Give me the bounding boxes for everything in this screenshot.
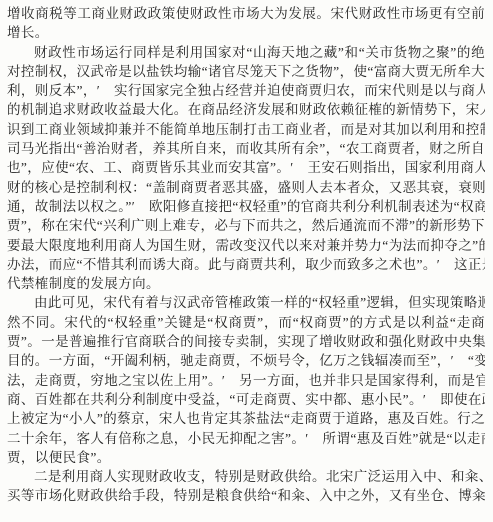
text-line: 增长。 [7,23,485,42]
text-line: 然不同。宋代的“权轻重”关键是“权商贾”，而“权商贾”的方式是以利益“走商 [7,313,485,332]
text-line: 贾”。一是普遍推行官商联合的间接专卖制，实现了增收财政和强化财政中央集权的 [7,332,485,351]
text-line: 代禁榷制度的发展方向。 [7,274,485,293]
text-line: 贾，以便民食”。 [7,448,485,467]
text-line: 上被定为“小人”的蔡京，宋人也肯定其茶盐法“走商贾于道路，惠及百姓。行之 [7,409,485,428]
text-line: 商、百姓都在共利分利制度中受益，“可走商贾、实中都、惠小民”。′ 即使在政治 [7,390,485,409]
text-line: 也”，应使“农、工、商贾皆乐其业而安其富”。′ 王安石则指出，国家利用商人生 [7,158,485,177]
text-line: 买等市场化财政供给手段，特别是粮食供给“和籴、入中之外，又有坐仓、博籴、 [7,486,485,505]
text-line: 通，故制法以权之。”′ 欧阳修直接把“权轻重”的官商共利分利机制表述为“权商 [7,197,485,216]
text-line: 二十余年，客人有倍称之息，小民无抑配之害”。′ 所谓“惠及百姓”就是“以走商 [7,429,485,448]
text-line: 的机制追求财政收益最大化。在商品经济发展和财政依赖征榷的新情势下，宋人认 [7,100,485,119]
text-line: 要最大限度地利用商人为国生财，需改变汉代以来对兼并势力“为法而抑夺之”的 [7,236,485,255]
text-line: 办法，而应“不惜其利而诱大商。此与商贾共利，取少而致多之术也”。′ 这正是宋 [7,255,485,274]
text-line: 对控制权，汉武帝是以盐铁均输“诸官尽笼天下之货物”，使“富商大贾无所牟大 [7,62,485,81]
text-line: 增收商税等工商业财政政策使财政性市场大为发展。宋代财政性市场更有空前 [7,4,485,23]
book-page: 增收商税等工商业财政政策使财政性市场大为发展。宋代财政性市场更有空前 增长。 财… [0,0,493,522]
text-line: 贾”，称在宋代“兴利广则上难专，必与下而共之，然后通流而不滞”的新形势下， [7,216,485,235]
text-line: 目的。一方面，“开阖利柄，驰走商贾，不烦号令，亿万之钱辐凑而至”，′ “变钞 [7,351,485,370]
text-line: 法，走商贾，穷地之宝以佐上用”。′ 另一方面，也并非只是国家得利，而是官、 [7,371,485,390]
text-line: 司马光指出“善治财者，养其所自来，而收其所有余”，“农工商贾者，财之所自来 [7,139,485,158]
text-line: 由此可见，宋代有着与汉武帝管榷政策一样的“权轻重”逻辑，但实现策略迥 [7,293,485,312]
text-line: 二是利用商人实现财政收支，特别是财政供给。北宋广泛运用入中、和籴、和 [7,467,485,486]
text-line: 利，则反本”，′ 实行国家完全独占经营并迫使商贾归农，而宋代则是以与商人共利 [7,81,485,100]
text-line: 识到工商业领域抑兼并不能简单地压制打击工商业者，而是对其加以利用和控制。 [7,120,485,139]
text-line: 财政性市场运行同样是利用国家对“山海天地之藏”和“关市货物之聚”的绝 [7,43,485,62]
text-line: 财的核心是控制利权：“盖制商贾者恶其盛，盛则人去本者众，又恶其衰，衰则货不 [7,178,485,197]
